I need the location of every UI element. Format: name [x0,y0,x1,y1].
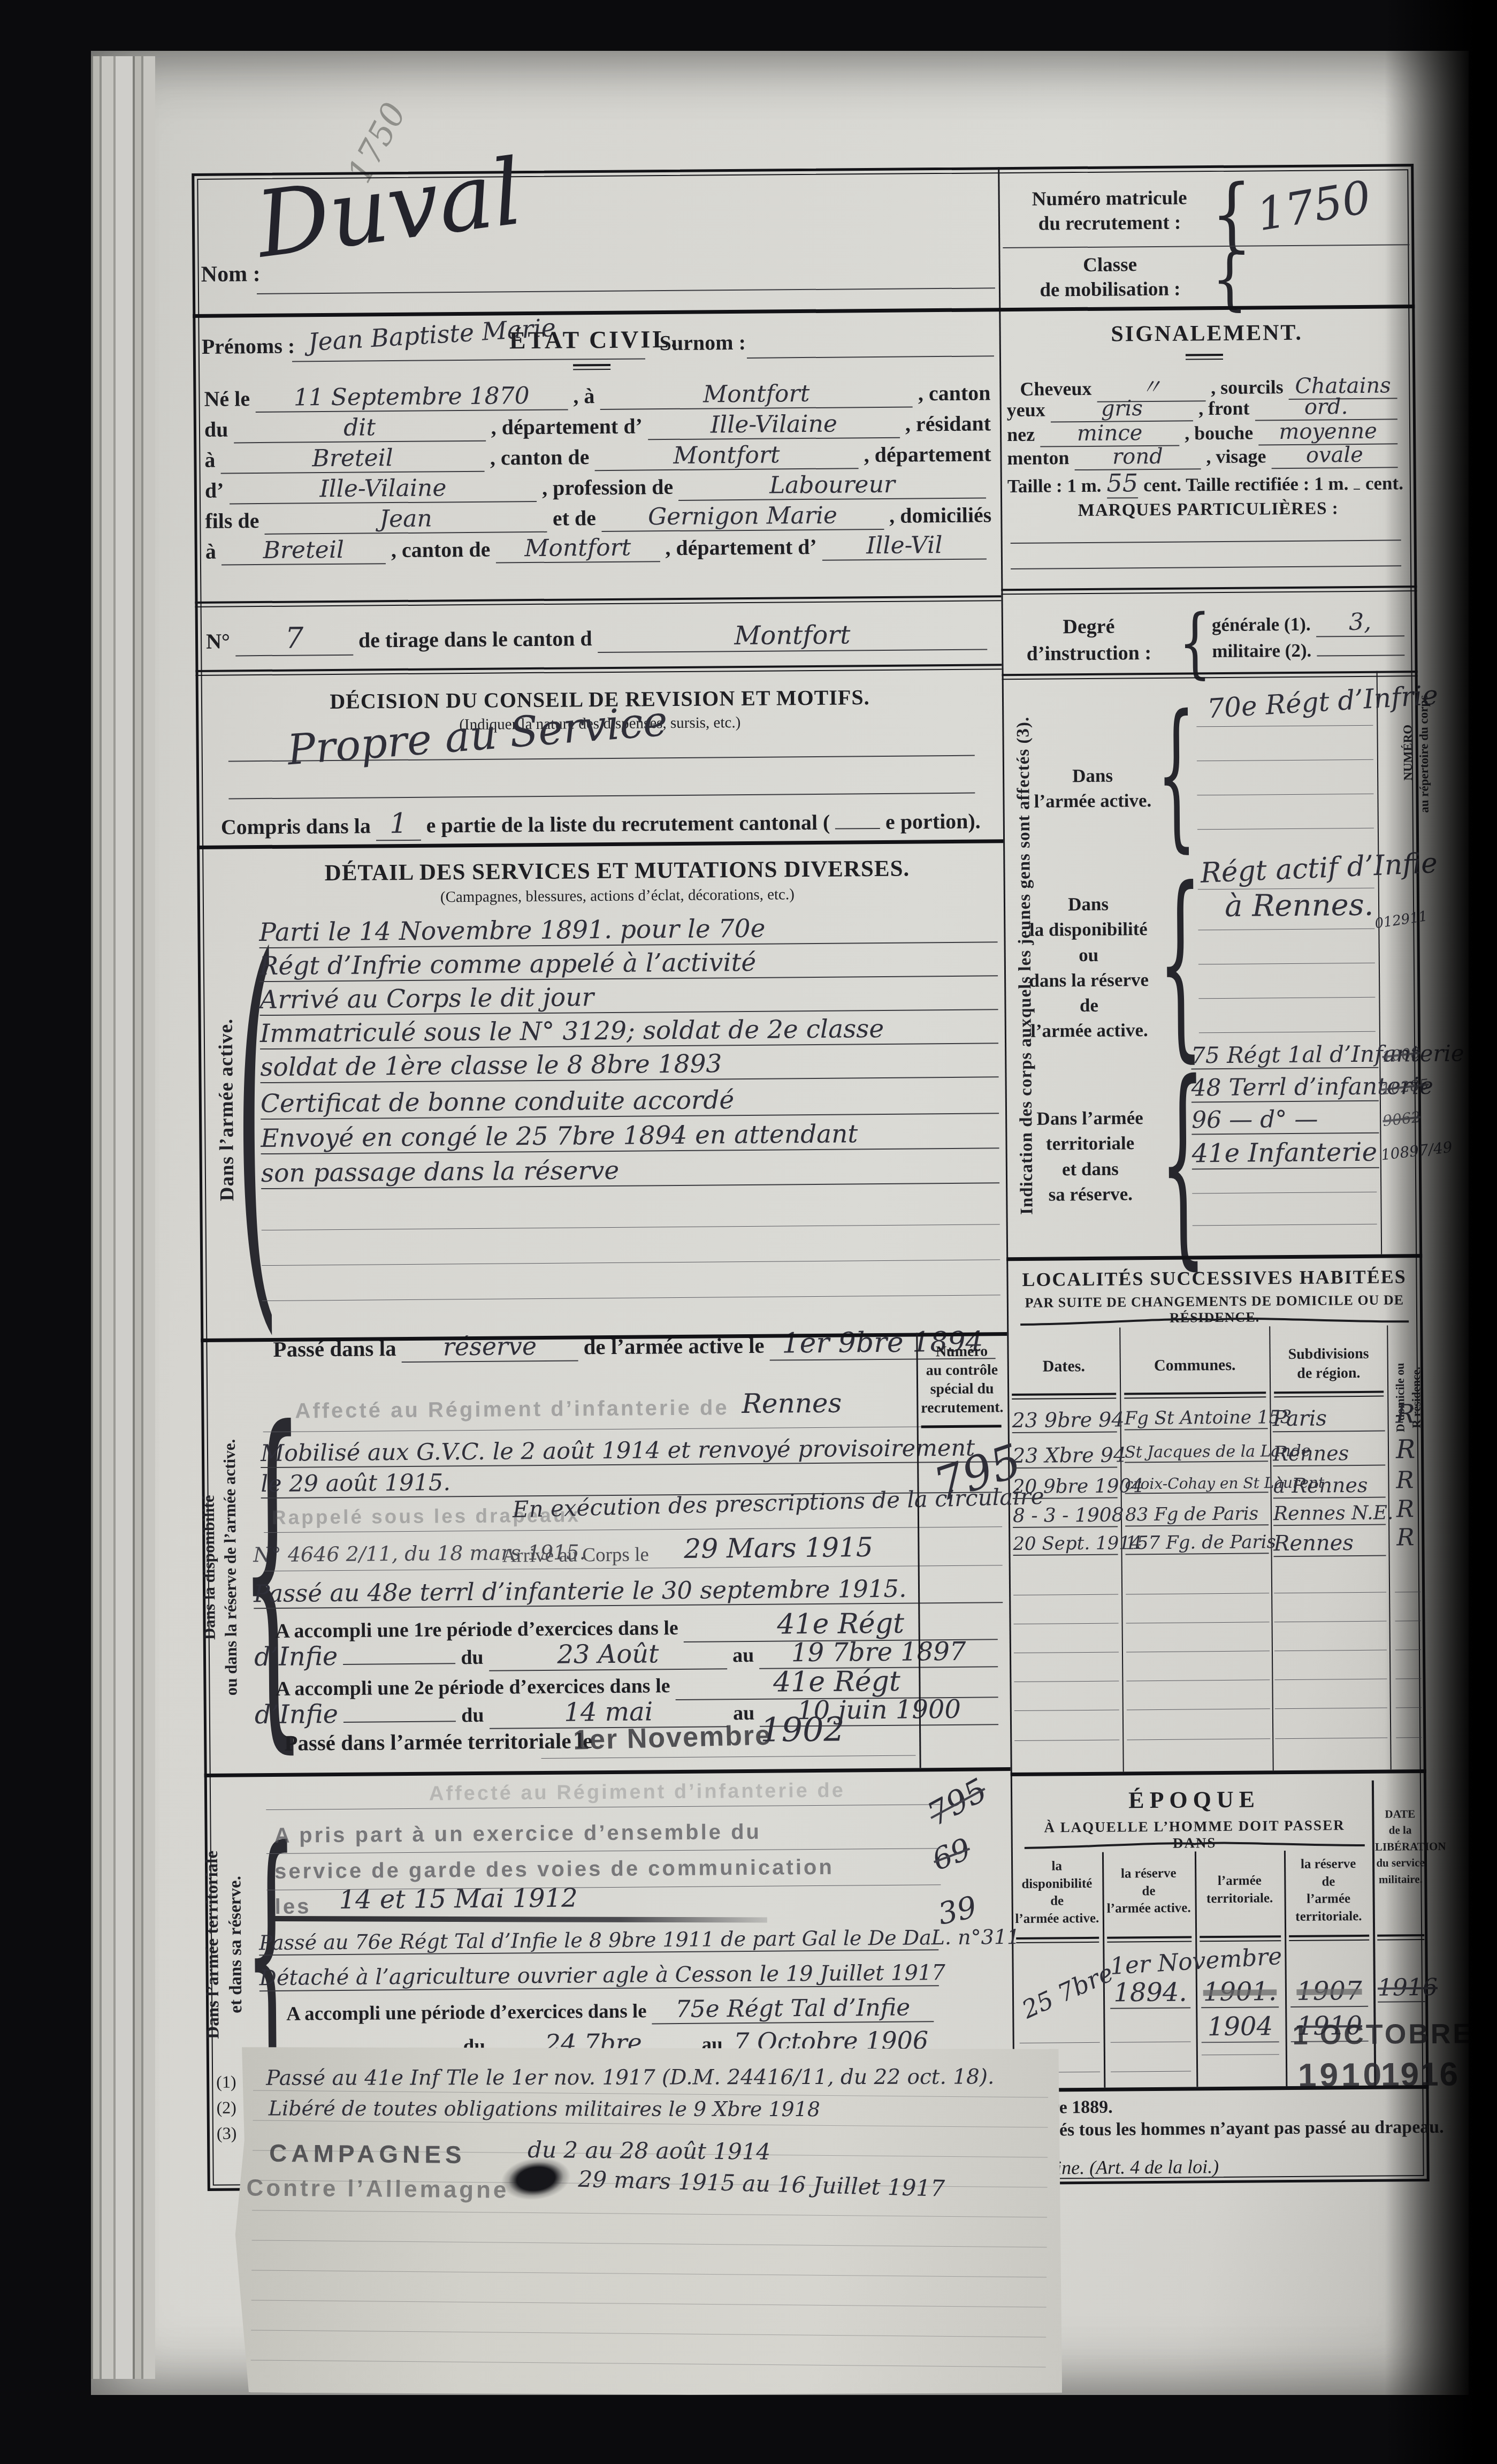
bouche-label: , bouche [1185,421,1253,444]
ec-r2-value2: Ille-Vilaine [648,410,900,440]
visage-value: ovale [1271,442,1397,469]
details-line: son passage dans la réserve [261,1153,999,1189]
ec-r6-value3: Ille-Vil [822,531,986,560]
details-line: Envoyé en congé le 25 7bre 1894 en atten… [261,1118,999,1154]
periode1-date1: 23 Août [488,1638,727,1671]
ec-r6-value2: Montfort [495,534,660,563]
epoque-title: ÉPOQUE [1023,1785,1365,1815]
arrive-corps-label: Arrivé au Corps le [502,1543,649,1567]
ec-r3-value2: Montfort [594,440,859,471]
exercice-dates: 14 et 15 Mai 1912 [339,1883,578,1915]
ec-r3-label3: , département [864,441,991,467]
prenoms-label: Prénoms : [202,333,295,359]
loc-commune: 157 Fg. de Paris [1125,1531,1269,1555]
ec-r6-label2: , canton de [391,537,491,562]
disponibilite-side-label: Dans la disponibilité ou dans la réserve… [197,1396,243,1739]
separator [1274,1391,1384,1398]
epoque-col3-header: l’armée territoriale. [1197,1872,1282,1907]
armee-active-affect-label: Dans l’armée active. [1031,763,1155,814]
blank [343,1663,455,1665]
ec-r2-label: du [204,417,228,442]
dispo-corps-value-2: à Rennes. [1225,888,1374,924]
separator [1124,1391,1266,1398]
compris-label2: e partie de la liste du recrutement cant… [426,810,830,838]
terr-affect-label: Dans l’armée territoriale et dans sa rés… [1023,1105,1157,1207]
bouche-value: moyenne [1258,419,1397,445]
localites-title: LOCALITÉS SUCCESSIVES HABITÉES [1019,1265,1409,1291]
footnote-marker-1: (1) [216,2072,236,2092]
dispo-affect-label: Dans la disponibilité ou dans la réserve… [1016,891,1162,1044]
periode1-au: au [732,1644,754,1667]
dispo-affect-brace: { [1157,861,1203,1063]
epoque-col2-header: la réserve de l’armée active. [1105,1865,1193,1918]
book-gutter-shadow [1385,0,1497,2464]
contre-allemagne-value: 29 mars 1915 au 16 Juillet 1917 [578,2166,945,2202]
loc-subdiv: Rennes N.E. [1273,1502,1386,1526]
periode1-du: du [461,1646,484,1669]
loc-subdiv: Rennes [1273,1531,1386,1557]
loc-subdiv: Paris [1272,1406,1385,1433]
loc-commune: croix-Cohay en St Laurent [1125,1474,1268,1494]
separator [1012,1393,1116,1400]
campagnes-stamp: CAMPAGNES [269,2139,466,2169]
ec-r2-label2: , département d’ [491,413,643,439]
terr-corps-value-3: 96 — d° — [1192,1105,1379,1135]
title-dash [573,364,610,370]
loc-date: 8 - 3 - 1908 [1013,1504,1118,1528]
loc-date: 20 Sept. 1914 [1013,1533,1118,1556]
footnote-marker-3: (3) [217,2123,237,2143]
ec-r5-label: fils de [205,508,259,534]
ec-r3-label: à [204,447,215,473]
compris-blank [835,828,880,830]
passe-territoriale-label: Passé dans l’armée territoriale le [284,1728,592,1756]
localites-col-communes: Communes. [1121,1356,1269,1375]
loc-date: 20 9bre 1904 [1012,1476,1117,1500]
epoque-terr-value-a: 1901. [1201,1976,1279,2008]
loc-subdiv: à Rennes [1273,1473,1385,1499]
blank [343,1721,456,1723]
register-form: Duval Nom : Prénoms : Jean Baptiste Mari… [192,164,1430,2191]
periode1-date2: 19 7bre 1897 [759,1636,998,1669]
ec-r4-value2: Laboureur [678,470,986,501]
scanned-register-page: 1750 Duval Nom : Prénoms : Jean Baptiste… [0,0,1497,2464]
ec-r4-value1: Ille-Vilaine [229,474,537,505]
periode2-inf: d’Infie [255,1699,339,1730]
dispo-line: Mobilisé aux G.V.C. le 2 août 1914 et re… [261,1434,1002,1468]
ec-r2-value1: dit [233,413,486,444]
degre-generale-label: générale (1). [1212,614,1311,636]
tirage-no-value: 7 [235,621,354,657]
compris-label1: Compris dans la [221,813,371,839]
tirage-no-label: N° [206,628,230,653]
degre-brace: { [1179,605,1212,682]
ec-r1-label2: , à [573,383,594,408]
title-dash [1186,354,1223,360]
etat-civil-title: ÉTAT CIVIL. [353,324,835,356]
loc-commune: St Jacques de la Lande [1125,1442,1268,1463]
ec-r1-value2: Montfort [600,379,913,410]
dispo-line: Passé au 48e terrl d’infanterie le 30 se… [254,1573,1003,1609]
taille-label1: Taille : 1 m. [1007,475,1102,497]
ec-r3-label2: , canton de [490,444,590,470]
separator [1200,1935,1281,1942]
slip-line-1: Passé au 41e Inf Tle le 1er nov. 1917 (D… [266,2065,994,2090]
periode-terr-label: A accompli une période d’exercices dans … [286,1999,647,2025]
taille-blank [1354,489,1360,490]
ec-r5-label2: et de [553,505,596,531]
nez-label: nez [1007,423,1035,446]
ec-r1-label3: , canton [918,380,991,406]
epoque-resterr-value-a: 1907 [1290,1976,1368,2007]
taille-label2: cent. Taille rectifiée : 1 m. [1143,473,1349,496]
contre-allemagne-stamp: Contre l’Allemagne [246,2174,509,2203]
degre-label-2: d’instruction : [1003,641,1174,666]
localites-col-subdiv: Subdivisions de région. [1271,1344,1386,1384]
localites-col-dates: Dates. [1009,1357,1119,1376]
exercice-stamp-2: service de garde des voies de communicat… [274,1855,834,1884]
loc-subdiv: Rennes [1273,1441,1385,1467]
nom-label: Nom : [201,261,261,287]
degre-militaire-label: militaire (2). [1212,640,1311,662]
exercice-stamp-3: les [275,1895,311,1919]
yeux-label: yeux [1007,399,1045,422]
epoque-terr-value-b: 1904 [1201,2011,1279,2043]
ec-r1-value1: 11 Septembre 1870 [255,382,568,413]
periode1-inf: d’Infie [254,1641,338,1672]
ec-r5-label3: , domiciliés [889,502,991,528]
loc-date: 23 Xbre 94 [1012,1443,1117,1469]
separator [1016,1937,1099,1943]
ec-r5-value2: Gernigon Marie [601,501,884,532]
yeux-value: gris [1051,396,1194,422]
campagnes-value: du 2 au 28 août 1914 [528,2136,771,2165]
ec-r6-label: à [205,539,216,564]
affecte-value: Rennes [742,1388,842,1419]
front-value: ord. [1255,394,1397,421]
compris-label3: e portion). [885,808,981,834]
armee-active-affect-brace: { [1156,695,1197,856]
details-line: Certificat de bonne conduite accordé [261,1083,999,1120]
page-stack-edges [91,56,155,2379]
details-line: Régt d’Infrie comme appelé à l’activité [259,946,998,982]
details-title: DÉTAIL DES SERVICES ET MUTATIONS DIVERSE… [261,855,973,887]
ec-r3-value1: Breteil [220,444,485,474]
novembre-stamp: 1er Novembre [573,1719,772,1756]
epoque-reserve-value: 1894. [1110,1977,1190,2009]
epoque-col1-header: la disponibilité de l’armée active. [1014,1858,1100,1928]
details-line: Immatriculé sous le N° 3129; soldat de 2… [260,1013,998,1050]
ec-r2-label3: , résidant [905,410,991,436]
exercice-stamp-1: A pris part à un exercice d’ensemble du [274,1820,761,1848]
slip-line-2: Libéré de toutes obligations militaires … [269,2096,820,2121]
terr-corps-value-4: 41e Infanterie [1192,1137,1379,1170]
separator [1107,1936,1192,1942]
territoriale-side-label: Dans l’armée territoriale et dans sa rés… [200,1811,248,2079]
arrive-corps-value: 29 Mars 1915 [684,1532,873,1564]
visage-label: , visage [1206,445,1266,468]
affecte-stamp: Affecté au Régiment d’infanterie de [295,1396,729,1423]
loc-commune: 83 Fg de Paris [1125,1503,1269,1526]
details-line: soldat de 1ère classe le 8 8bre 1893 [260,1047,998,1083]
affecte-stamp-2: Affecté au Régiment d’infanterie de [429,1779,845,1806]
degre-label-1: Degré [1014,614,1164,639]
menton-value: rond [1074,444,1201,470]
signalement-title: SIGNALEMENT. [1017,319,1396,348]
menton-label: menton [1007,446,1069,469]
details-line: Parti le 14 Novembre 1891. pour le 70e [259,912,997,948]
terr-corps-value-2: 48 Terrl d’infanterie [1192,1073,1379,1103]
ec-r4-label2: , profession de [542,474,673,500]
ec-r6-label3: , département d’ [665,534,817,560]
epoque-col4-header: la réserve de l’armée territoriale. [1287,1855,1370,1926]
ec-r1-label: Né le [204,386,250,412]
tirage-rest-label: de tirage dans le canton d [358,626,592,652]
classe-label: Classe de mobilisation : [1011,252,1209,303]
passe-territoriale-value: 1902 [760,1710,845,1750]
separator [1289,1935,1369,1941]
details-line: Arrivé au Corps le dit jour [259,979,998,1016]
matricule-label: Numéro matricule du recrutement : [1010,186,1209,237]
terr-corps-value-1: 75 Régt 1al d’Infanterie [1191,1041,1378,1070]
pasted-slip: Passé au 41e Inf Tle le 1er nov. 1917 (D… [234,2042,1065,2399]
brace-classe: { [1211,246,1248,314]
nez-value: mince [1040,421,1179,447]
footnote-marker-2: (2) [216,2097,236,2117]
taille-value: 55 [1106,468,1138,498]
ec-r4-label: d’ [205,478,224,503]
front-label: , front [1198,397,1250,420]
ec-r5-value1: Jean [264,504,547,535]
loc-date: 23 9bre 94 [1012,1408,1117,1434]
periode2-du: du [461,1703,484,1727]
ec-r6-value1: Breteil [222,536,386,565]
controle-label: Numéro au contrôle spécial du recrutemen… [919,1342,1005,1417]
tirage-canton-value: Montfort [597,619,987,653]
loc-commune: Fg St Antoine 153 [1124,1406,1267,1430]
marques-label: MARQUES PARTICULIÈRES : [1018,498,1398,521]
territoriale-line: Détaché à l’agriculture ouvrier agle à C… [259,1960,939,1991]
compris-value: 1 [376,808,421,841]
periode-terr-value: 75e Régt Tal d’Infie [652,1994,934,2024]
